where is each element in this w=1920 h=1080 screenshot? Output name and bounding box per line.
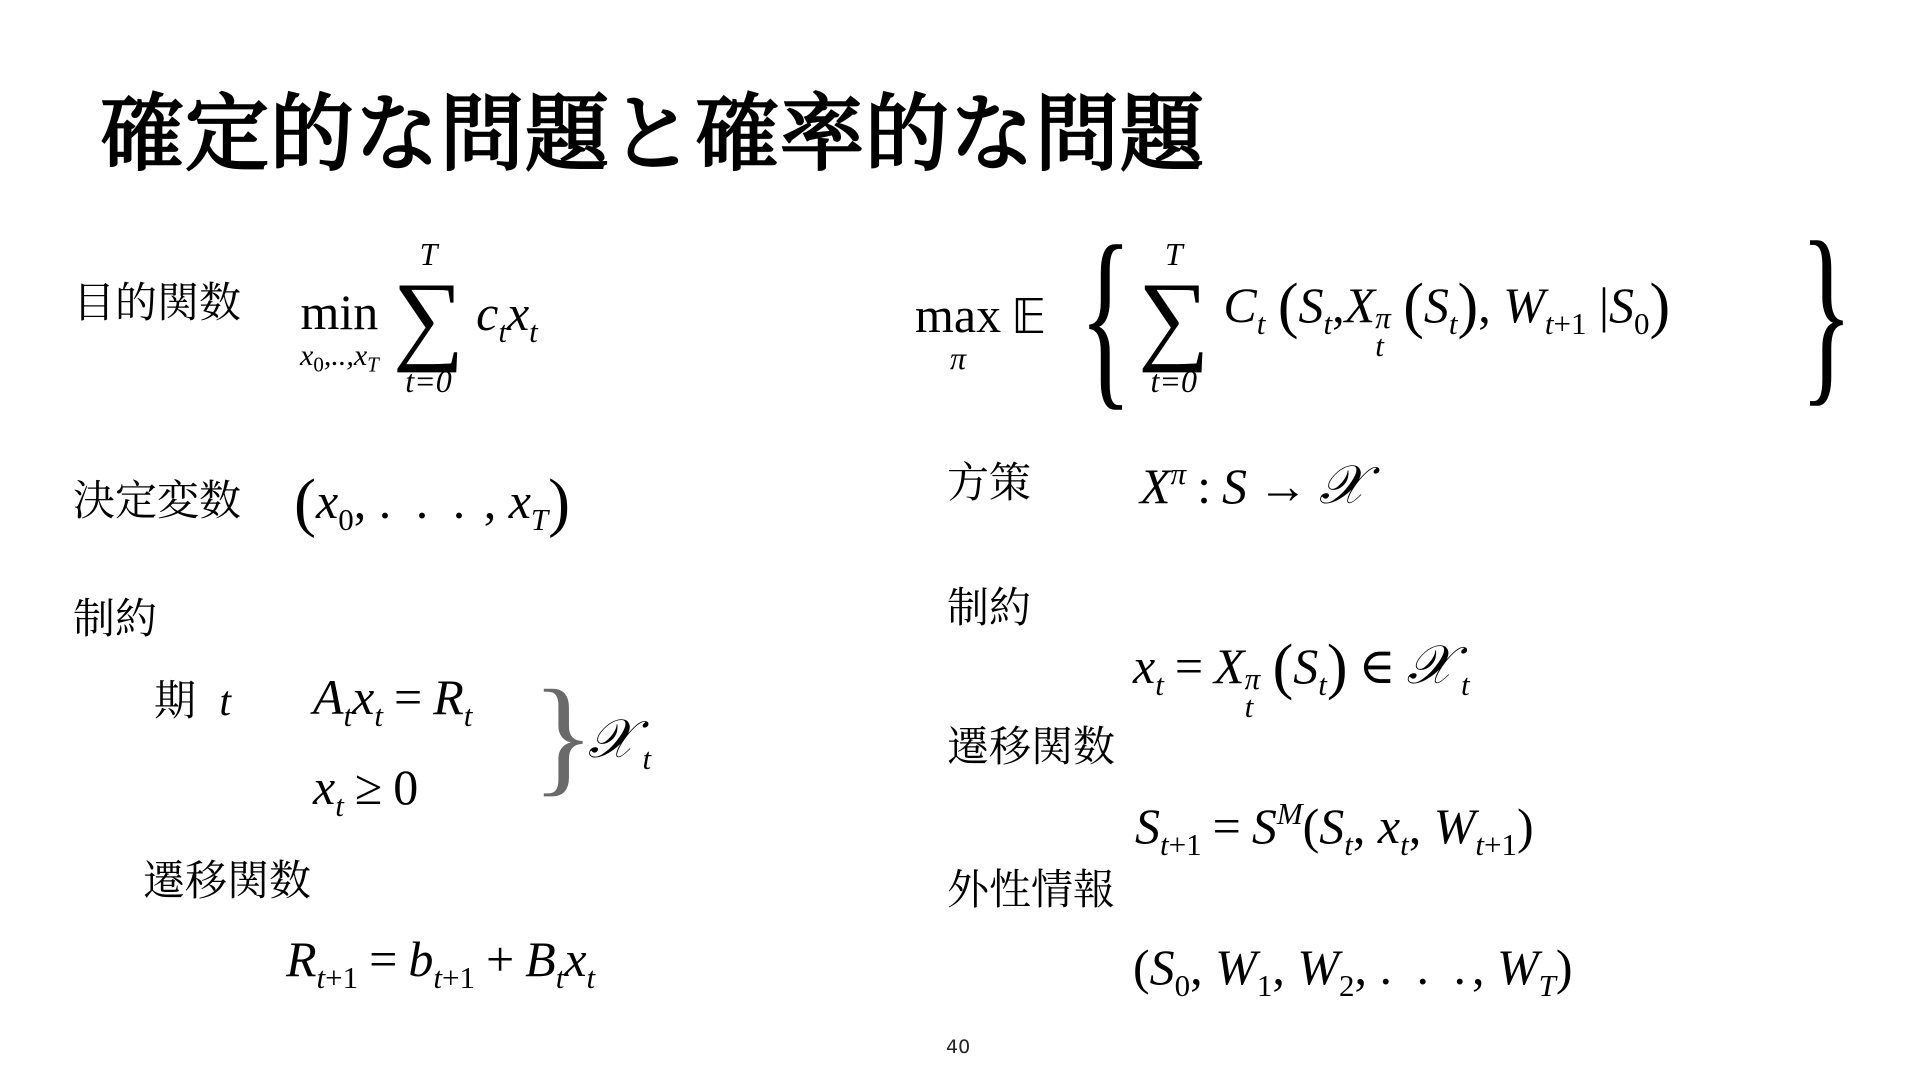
page-number: 40	[946, 1036, 970, 1058]
right-brace-icon: }	[1800, 218, 1853, 408]
constraints-label-right: 制約	[947, 583, 1031, 633]
exogenous-label: 外性情報	[947, 865, 1115, 915]
right-brace-icon: }	[532, 676, 594, 796]
constraints-expr-right: xt=Xπt (St)∈𝒳t	[1133, 636, 1470, 721]
min-operator: min x0,..,xT	[300, 287, 379, 375]
policy-label: 方策	[947, 458, 1031, 508]
sum-lower-limit: t=0	[405, 365, 451, 397]
left-brace-icon: {	[1079, 227, 1107, 407]
sigma-icon: ∑	[1138, 270, 1209, 365]
transition-expr: Rt+1=bt+1+Btxt	[286, 934, 595, 993]
summation: T ∑ t=0	[1138, 238, 1209, 397]
constraint-eq2: xt≥0	[313, 762, 418, 821]
objective-deterministic: min x0,..,xT T ∑ t=0 ctxt	[300, 222, 538, 412]
slide-title: 確定的な問題と確率的な問題	[100, 84, 1205, 184]
min-subscript: x0,..,xT	[300, 341, 379, 375]
decision-vars-expr: (x0, . . . , xT)	[294, 470, 570, 536]
expectation-icon: 𝔼	[1011, 293, 1046, 341]
sum-lower-limit: t=0	[1151, 365, 1197, 397]
feasible-set: 𝒳t	[588, 712, 651, 774]
exogenous-expr: (S0, W1, W2, . . ., WT)	[1133, 942, 1573, 1001]
decision-vars-label: 決定変数	[73, 476, 241, 526]
constraints-label: 制約	[73, 594, 157, 644]
min-text: min	[301, 287, 379, 337]
transition-label: 遷移関数	[143, 856, 311, 906]
summation: T ∑ t=0	[393, 238, 464, 397]
constraint-eq1: Atxt=Rt	[313, 672, 472, 731]
max-operator: max π	[915, 290, 1001, 374]
summand: ctxt	[476, 288, 538, 347]
transition-label-right: 遷移関数	[947, 722, 1115, 772]
objective-label: 目的関数	[73, 278, 241, 328]
objective-stochastic: max π 𝔼 { T ∑ t=0 Ct (St,Xπt (St), Wt+1 …	[915, 222, 1670, 412]
max-text: max	[915, 290, 1001, 340]
summand: Ct (St,Xπt (St), Wt+1 |S0)	[1223, 275, 1670, 360]
period-label: 期 t	[154, 676, 231, 726]
policy-expr: Xπ:S→𝒳	[1140, 458, 1365, 512]
sigma-icon: ∑	[393, 270, 464, 365]
max-subscript: π	[950, 342, 966, 374]
transition-expr-right: St+1=SM(St, xt, Wt+1)	[1135, 798, 1534, 860]
